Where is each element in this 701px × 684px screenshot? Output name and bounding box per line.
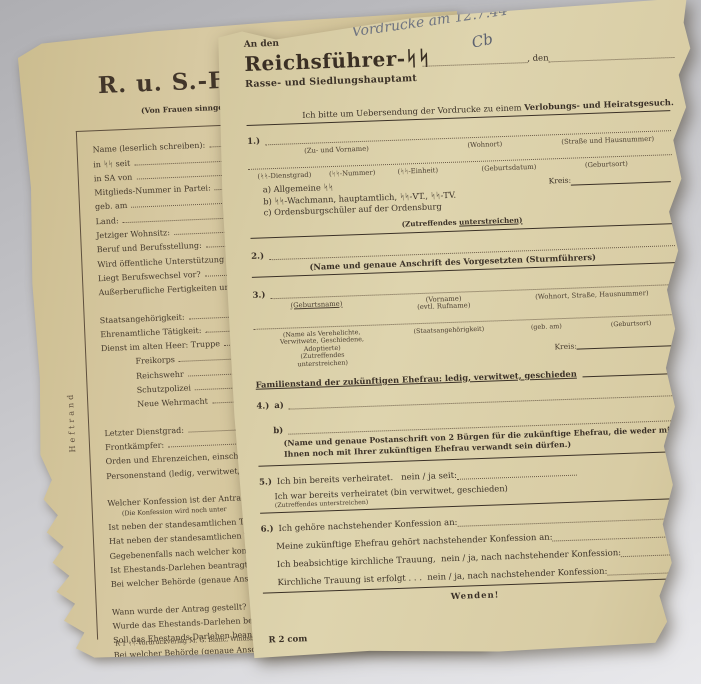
blank-line [209,137,441,148]
divider-rule [250,223,674,239]
blank-line [289,557,459,565]
section-1: 1.) (Zu- und Vorname) (Wohnort) (Straße … [247,122,674,238]
blank-line [206,237,446,248]
document-title: Reichsführer-ᛋᛋ [244,46,431,76]
addressee-label: An den [244,34,430,50]
form-body: Ich bitte um Uebersendung der Vordrucke … [246,97,687,608]
form-field-row: Gegebenenfalls nach welcher konfessionel… [109,532,461,561]
form-field-row: Soll das Ehestands-Darlehen beantragt we… [113,616,465,645]
office-name: Rasse- und Siedlungshauptamt [245,72,431,89]
option-list: a) Allgemeine ᛋᛋ b) ᛋᛋ-Wachmann, hauptam… [249,170,674,219]
form-field-row: Wird öffentliche Unterstützung in Anspru… [97,240,449,269]
field-label: in SA von [94,173,133,184]
form-field-row: Personenstand (ledig, verwitwet, geschie… [106,452,458,481]
form-field-row: Außerberufliche Fertigkeiten und Berecht… [98,268,450,297]
blank-line [215,180,443,191]
form-field-row: Hat neben der standesamtlichen Trauung e… [109,517,461,546]
blank-line [303,434,454,441]
place-date-line: , den [422,49,674,68]
blank-line [621,554,686,557]
form-number: R 2 com [268,634,307,645]
form-field-row: Bei welcher Behörde (genaue Anschrift)? [113,630,465,659]
form-field-row: in ᛋᛋ seitDienstgrad: [93,140,445,169]
divider-rule [247,110,671,126]
field-label: Name (leserlich schreiben): [92,141,205,155]
field-label: (Die Konfession wird noch unter [122,505,227,517]
blank-line [254,314,678,330]
form-field-row: Name (leserlich schreiben): [92,126,444,155]
blank-line [458,518,685,527]
section-number: 1.) [247,136,260,146]
marital-status-line: Familienstand der zukünftigen Ehefrau: l… [255,365,679,390]
form-field-row: Liegt Berufswechsel vor? [98,254,450,283]
underline-instruction: (Zutreffendes unterstreichen) [250,210,674,234]
blank-line [248,154,672,170]
form-field-row: Land: [95,197,447,226]
section-3: 3.) (Geburtsname) (Vorname) (evtl. Rufna… [252,276,679,371]
handwritten-initials: Cb [470,30,494,52]
field-label: Personenstand (ledig, verwitwet, geschie… [106,464,299,481]
blank-line [205,321,449,332]
blank-line [383,628,462,632]
field-label: Ehrenamtliche Tätigkeit: [100,326,201,339]
field-label: Frontkämpfer: [105,441,164,452]
form-field-row: Beruf und Berufsstellung: [96,226,448,255]
form-field-row: Reichswehr [102,353,454,382]
form-field-row: Orden und Ehrenzeichen, einschl. Rettung… [105,437,457,466]
option-c: c) Ordensburgschüler auf der Ordensburg [263,193,673,219]
section-number: 4.) [256,401,269,411]
field-label: Freikorps [135,356,175,367]
field-label: Liegt Berufswechsel vor? [98,270,201,283]
form-field-row: (Die Konfession wird noch unter [108,493,460,518]
blank-line [321,449,454,456]
field-label: Ist neben der standesamtlichen Trauung e… [108,515,293,532]
form-field-row: Bei welcher Behörde (genaue Anschrift)? [110,560,462,589]
back-document: R. u. S.-Fragebogen (Von Frauen sinngemä… [10,11,486,665]
field-label: Bei welcher Behörde (genaue Anschrift)? [114,643,282,659]
blank-line [179,350,450,362]
blank-line [299,151,442,158]
field-tail-label: bis [298,420,310,429]
field-label: Reichswehr [136,369,184,380]
date-suffix-label: , den [527,53,549,64]
photo-background: R. u. S.-Fragebogen (Von Frauen sinngemä… [0,0,701,684]
form-field-row: Dienst im alten Heer: Truppe [101,324,453,353]
field-label: Welcher Konfession ist der Antragsteller… [107,492,276,508]
form-field-row: Welcher Konfession ist der Antragsteller… [107,479,459,508]
blank-line [168,442,284,448]
blank-line [270,284,676,299]
section-number: 5.) [259,477,272,487]
blank-line [174,223,445,235]
blank-line [134,160,244,166]
field-label: Staatsangehörigkeit: [100,312,185,325]
request-sentence: Ich bitte um Uebersendung der Vordrucke … [246,97,670,122]
field-label: Land: [95,216,118,226]
section-5: 5.) Ich bin bereits verheiratet. nein / … [259,463,684,514]
field-label: Soll das Ehestands-Darlehen beantragt we… [113,628,305,645]
form-field-row: Letzter Dienstgrad:bis [104,409,456,438]
blank-line [327,251,446,257]
form-field-row: Frontkämpfer:bis [105,423,457,452]
field-label: Wann wurde der Antrag gestellt? [112,602,247,617]
place-blank-line [423,62,528,67]
marital-status-text: Familienstand der zukünftigen Ehefrau: l… [255,368,576,389]
divider-rule [263,578,687,594]
kreis-field: Kreis: [548,171,670,187]
field-tail-label: bis [287,435,299,444]
blank-line [131,202,260,208]
field-label: Wurde das Ehestands-Darlehen bewilligt? [112,615,282,631]
kreis-field: Kreis: [554,338,676,351]
section-4: 4.) a) b) (Name und genaue Postanschrift… [256,387,682,467]
blank-line [189,307,449,319]
form-field-row: geb. amzu [95,183,447,212]
section-6: 6.) Ich gehöre nachstehender Konfession … [260,510,686,594]
blank-line [277,194,444,202]
form-field-row: Neue Wehrmacht [103,381,455,410]
form-field-row: Wurde das Ehestands-Darlehen bewilligt? [112,602,464,631]
blank-line [577,345,677,349]
blank-line [280,490,456,498]
blank-line [195,379,452,391]
field-tail-label: Dienstgrad: [247,151,295,162]
form-field-row: Ist neben der standesamtlichen Trauung e… [108,503,460,532]
back-document-subtitle: (Von Frauen sinngemäß auszufüllen!) [141,100,300,116]
form-field-row: Mitglieds-Nummer in Partei: [94,168,446,197]
form-field-row: in SA vonbis [93,154,445,183]
field-label: Letzter Dienstgrad: [104,425,184,437]
back-document-title: R. u. S.-Fragebogen [97,61,371,99]
field-label: Dienst im alten Heer: Truppe [101,339,220,353]
blank-line [123,208,445,222]
blank-line [136,173,261,179]
field-label: Ist Ehestands-Darlehen beantragt worden? [110,559,285,575]
blank-line [309,631,369,635]
form-field-row: Wann wurde der Antrag gestellt? [112,588,464,617]
blank-line [571,181,671,185]
form-field-row: Ist Ehestands-Darlehen beantragt worden? [110,546,462,575]
printer-imprint: R 1 ᛋᛋ-Vordruckverlag M. G. Blanc, Winds… [115,633,295,648]
blank-line [553,536,686,542]
date-blank-line [549,57,675,62]
field-label: Bei welcher Behörde (genaue Anschrift)? [111,573,279,589]
form-field-row: Staatsangehörigkeit: [99,296,451,325]
field-label: Mitglieds-Nummer in Partei: [94,184,211,198]
section-number: 3.) [252,290,265,300]
blank-line [212,393,452,404]
section-number: 6.) [260,524,273,534]
witness-instruction: (Name und genaue Postanschrift von 2 Bür… [257,424,682,461]
blank-line [288,420,681,435]
blank-line [297,515,457,523]
field-label: Gegebenenfalls nach welcher konfessionel… [109,543,318,561]
field-label: Wird öffentliche Unterstützung in Anspru… [97,250,323,268]
field-label: Beruf und Berufsstellung: [97,241,202,254]
blank-line [302,529,458,537]
blank-line [323,543,459,550]
blank-line [188,364,451,376]
front-document-shadow: Vordrucke am 12.7.44 Cb An den Reichsfüh… [0,0,701,684]
form-field-row: Freikorps [101,339,453,368]
blank-line [280,166,442,174]
blank-line [331,280,447,286]
field-tail-label: bis [264,167,276,176]
form-field-row: Jetziger Wohnsitz: [96,211,448,240]
blank-line [583,373,680,377]
back-document-shadow: R. u. S.-Fragebogen (Von Frauen sinngemä… [0,0,701,684]
blank-line [314,420,453,427]
form-frame-line [76,115,474,639]
blank-line [303,463,455,470]
blank-line [188,427,295,432]
blank-line [205,266,447,277]
divider-rule [258,451,682,467]
field-tail-label: w [372,625,379,634]
blank-line [250,599,460,609]
blank-line [269,245,675,260]
form-field-row: Schutzpolizei [102,367,454,396]
field-label: Außerberufliche Fertigkeiten und Berecht… [98,279,327,298]
divider-rule [260,498,684,514]
divider-rule [252,262,676,278]
field-label: Jetziger Wohnsitz: [96,228,170,240]
field-label: Schutzpolizei [137,383,192,394]
blank-line [282,572,460,580]
blank-line [285,642,463,650]
field-label: in ᛋᛋ seit [93,158,130,169]
form-field-row: Ehrenamtliche Tätigkeit: [100,310,452,339]
handwritten-note: Vordrucke am 12.7.44 [351,3,509,41]
blank-line [265,130,671,145]
front-document: Vordrucke am 12.7.44 Cb An den Reichsfüh… [213,0,701,663]
blank-line [287,613,462,621]
section-2: 2.) (Name und genaue Anschrift des Vorge… [251,237,676,278]
field-label: Orden und Ehrenzeichen, einschl. Rettung… [106,448,318,466]
field-tail-label: zu [263,195,273,204]
blank-line [457,474,577,479]
form-fields-list: Name (leserlich schreiben):in ᛋᛋ seitDie… [92,126,465,660]
field-label: Neue Wehrmacht [137,397,208,409]
blank-line [224,336,450,346]
option-a: a) Allgemeine ᛋᛋ [263,170,673,196]
turn-over-label: Wenden! [263,584,687,609]
section-number: 2.) [251,251,264,261]
blank-line [607,572,686,576]
field-label: geb. am [95,201,128,211]
field-label: Hat neben der standesamtlichen Trauung e… [109,530,299,547]
binding-margin-label: Heftrand [61,282,77,452]
option-b: b) ᛋᛋ-Wachmann, hauptamtlich, ᛋᛋ-VT., ᛋᛋ… [263,182,673,208]
blank-line [289,395,680,410]
letterhead: An den Reichsführer-ᛋᛋ Rasse- und Siedlu… [244,34,432,90]
